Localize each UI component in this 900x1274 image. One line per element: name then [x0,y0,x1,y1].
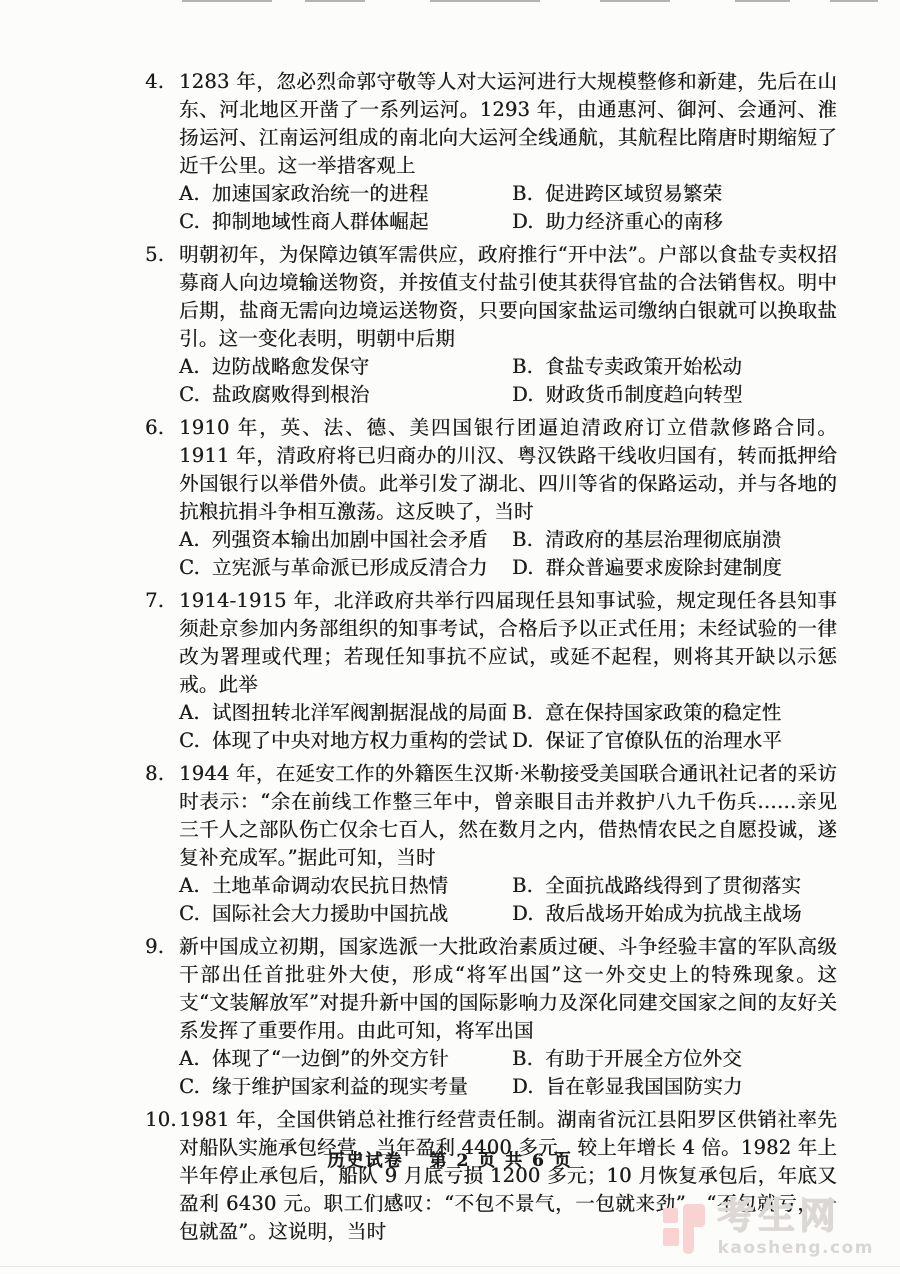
option-text: 清政府的基层治理彻底崩溃 [545,528,781,551]
question-number: 5. [145,241,164,269]
option-label: A. [179,528,200,551]
option-label: D. [512,210,534,233]
question-options: A.加速国家政治统一的进程 B.促进跨区域贸易繁荣 C.抑制地域性商人群体崛起 … [179,180,837,236]
option-d: D.保证了官僚队伍的治理水平 [512,727,837,755]
option-label: B. [512,1047,533,1070]
footer-exam-title: 历史试卷 [327,1151,403,1171]
option-c: C.缘于维护国家利益的现实考量 [179,1073,512,1101]
option-text: 促进跨区域贸易繁荣 [545,182,722,205]
question-4: 4. 1283 年，忽必烈命郭守敬等人对大运河进行大规模整修和新建，先后在山东、… [145,68,837,236]
scan-artifact [182,0,272,2]
option-a: A.加速国家政治统一的进程 [179,180,512,208]
question-number: 7. [145,587,164,615]
option-d: D.群众普遍要求废除封建制度 [512,554,837,582]
exam-paper-page: 4. 1283 年，忽必烈命郭守敬等人对大运河进行大规模整修和新建，先后在山东、… [0,0,900,1274]
watermark-texts: 考生网 kaosheng.com [718,1199,874,1258]
option-c: C.盐政腐败得到根治 [179,381,512,409]
scan-artifact [430,0,540,2]
option-label: B. [512,874,533,897]
question-stem-row: 8. 1944 年，在延安工作的外籍医生汉斯·米勒接受美国联合通讯社记者的采访时… [145,760,837,872]
option-text: 缘于维护国家利益的现实考量 [212,1075,468,1098]
option-text: 抑制地域性商人群体崛起 [212,210,429,233]
watermark-site-name: 考生网 [718,1199,874,1235]
question-stem: 明朝初年，为保障边镇军需供应，政府推行“开中法”。户部以食盐专卖权招募商人向边境… [179,243,837,350]
option-label: A. [179,874,200,897]
page-footer: 历史试卷第 2 页 共 6 页 [0,1146,900,1171]
option-b: B.食盐专卖政策开始松动 [512,353,837,381]
option-a: A.体现了“一边倒”的外交方针 [179,1045,512,1073]
question-stem-row: 4. 1283 年，忽必烈命郭守敬等人对大运河进行大规模整修和新建，先后在山东、… [145,68,837,180]
option-d: D.旨在彰显我国国防实力 [512,1073,837,1101]
option-text: 全面抗战路线得到了贯彻落实 [545,874,801,897]
option-text: 保证了官僚队伍的治理水平 [546,729,782,752]
option-text: 群众普遍要求废除封建制度 [546,556,782,579]
option-label: D. [512,383,534,406]
option-text: 盐政腐败得到根治 [212,383,370,406]
question-5: 5. 明朝初年，为保障边镇军需供应，政府推行“开中法”。户部以食盐专卖权招募商人… [145,241,837,409]
scan-artifact [735,0,790,2]
option-label: C. [179,383,200,406]
option-label: A. [179,701,200,724]
question-stem: 1910 年，英、法、德、美四国银行团逼迫清政府订立借款修路合同。1911 年，… [179,416,837,523]
option-label: C. [179,729,200,752]
question-6: 6. 1910 年，英、法、德、美四国银行团逼迫清政府订立借款修路合同。1911… [145,414,837,582]
question-number: 10. [145,1106,177,1134]
option-label: B. [512,528,533,551]
option-label: D. [512,1075,534,1098]
option-c: C.抑制地域性商人群体崛起 [179,208,512,236]
option-d: D.敌后战场开始成为抗战主战场 [512,900,837,928]
option-a: A.试图扭转北洋军阀割据混战的局面 [179,699,512,727]
question-7: 7. 1914-1915 年，北洋政府共举行四届现任县知事试验，规定现任各县知事… [145,587,837,755]
question-stem: 1914-1915 年，北洋政府共举行四届现任县知事试验，规定现任各县知事须赴京… [179,589,837,696]
footer-page-number: 第 2 页 共 6 页 [429,1151,572,1171]
option-label: C. [179,210,200,233]
option-label: D. [512,902,534,925]
option-label: D. [512,556,534,579]
option-text: 体现了中央对地方权力重构的尝试 [212,729,508,752]
option-label: B. [512,355,533,378]
scan-artifact [600,0,670,2]
option-c: C.国际社会大力援助中国抗战 [179,900,512,928]
question-stem: 新中国成立初期，国家选派一大批政治素质过硬、斗争经验丰富的军队高级干部出任首批驻… [179,935,837,1042]
option-text: 意在保持国家政策的稳定性 [545,701,781,724]
option-text: 土地革命调动农民抗日热情 [212,874,448,897]
option-b: B.促进跨区域贸易繁荣 [512,180,837,208]
option-text: 国际社会大力援助中国抗战 [212,902,448,925]
question-options: A.列强资本输出加剧中国社会矛盾 B.清政府的基层治理彻底崩溃 C.立宪派与革命… [179,526,837,582]
option-label: C. [179,1075,200,1098]
question-stem-row: 5. 明朝初年，为保障边镇军需供应，政府推行“开中法”。户部以食盐专卖权招募商人… [145,241,837,353]
question-number: 6. [145,414,164,442]
question-9: 9. 新中国成立初期，国家选派一大批政治素质过硬、斗争经验丰富的军队高级干部出任… [145,933,837,1101]
option-label: A. [179,182,200,205]
site-watermark: 考生网 kaosheng.com [663,1199,874,1258]
option-label: A. [179,1047,200,1070]
question-options: A.边防战略愈发保守 B.食盐专卖政策开始松动 C.盐政腐败得到根治 D.财政货… [179,353,837,409]
kaosheng-logo-icon [663,1204,707,1254]
option-text: 试图扭转北洋军阀割据混战的局面 [212,701,508,724]
option-label: B. [512,182,533,205]
option-a: A.边防战略愈发保守 [179,353,512,381]
option-label: B. [512,701,533,724]
option-text: 食盐专卖政策开始松动 [545,355,742,378]
question-number: 8. [145,760,164,788]
option-text: 敌后战场开始成为抗战主战场 [546,902,802,925]
option-text: 列强资本输出加剧中国社会矛盾 [212,528,488,551]
question-options: A.土地革命调动农民抗日热情 B.全面抗战路线得到了贯彻落实 C.国际社会大力援… [179,872,837,928]
question-options: A.试图扭转北洋军阀割据混战的局面 B.意在保持国家政策的稳定性 C.体现了中央… [179,699,837,755]
question-8: 8. 1944 年，在延安工作的外籍医生汉斯·米勒接受美国联合通讯社记者的采访时… [145,760,837,928]
option-text: 边防战略愈发保守 [212,355,370,378]
option-b: B.清政府的基层治理彻底崩溃 [512,526,837,554]
option-a: A.土地革命调动农民抗日热情 [179,872,512,900]
question-stem-row: 7. 1914-1915 年，北洋政府共举行四届现任县知事试验，规定现任各县知事… [145,587,837,699]
option-text: 助力经济重心的南移 [546,210,723,233]
question-number: 4. [145,68,164,96]
option-b: B.意在保持国家政策的稳定性 [512,699,837,727]
option-label: C. [179,902,200,925]
option-b: B.有助于开展全方位外交 [512,1045,837,1073]
question-stem: 1944 年，在延安工作的外籍医生汉斯·米勒接受美国联合通讯社记者的采访时表示：… [179,762,837,869]
watermark-site-domain: kaosheng.com [718,1238,874,1258]
option-text: 有助于开展全方位外交 [545,1047,742,1070]
question-number: 9. [145,933,164,961]
option-label: C. [179,556,200,579]
option-b: B.全面抗战路线得到了贯彻落实 [512,872,837,900]
option-label: A. [179,355,200,378]
option-text: 财政货币制度趋向转型 [546,383,743,406]
option-text: 立宪派与革命派已形成反清合力 [212,556,488,579]
option-c: C.立宪派与革命派已形成反清合力 [179,554,512,582]
scan-artifact [305,0,365,2]
option-c: C.体现了中央对地方权力重构的尝试 [179,727,512,755]
question-stem: 1283 年，忽必烈命郭守敬等人对大运河进行大规模整修和新建，先后在山东、河北地… [179,70,837,177]
option-d: D.财政货币制度趋向转型 [512,381,837,409]
question-stem-row: 6. 1910 年，英、法、德、美四国银行团逼迫清政府订立借款修路合同。1911… [145,414,837,526]
option-a: A.列强资本输出加剧中国社会矛盾 [179,526,512,554]
scan-bottom-edge [0,1266,900,1267]
option-text: 加速国家政治统一的进程 [212,182,429,205]
option-d: D.助力经济重心的南移 [512,208,837,236]
option-text: 体现了“一边倒”的外交方针 [212,1047,449,1070]
option-text: 旨在彰显我国国防实力 [546,1075,743,1098]
scan-artifact [830,0,878,2]
question-stem-row: 9. 新中国成立初期，国家选派一大批政治素质过硬、斗争经验丰富的军队高级干部出任… [145,933,837,1045]
option-label: D. [512,729,534,752]
question-options: A.体现了“一边倒”的外交方针 B.有助于开展全方位外交 C.缘于维护国家利益的… [179,1045,837,1101]
questions-block: 4. 1283 年，忽必烈命郭守敬等人对大运河进行大规模整修和新建，先后在山东、… [145,68,837,1251]
